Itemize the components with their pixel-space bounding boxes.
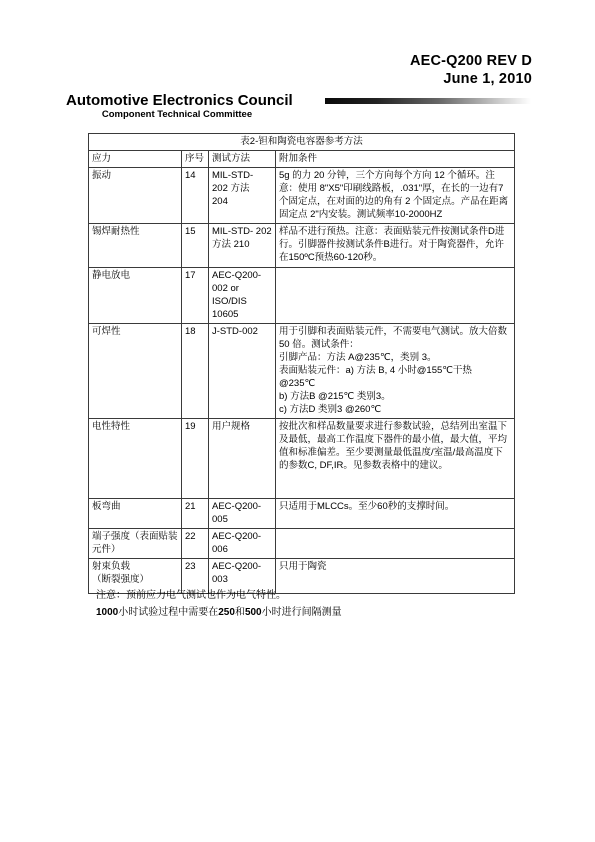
- org-name: Automotive Electronics Council: [66, 92, 293, 109]
- table-title-row: 表2-钽和陶瓷电容器参考方法: [89, 134, 515, 151]
- note2-text-c: 小时进行间隔测量: [262, 607, 342, 618]
- num-cell: 18: [182, 324, 209, 419]
- table-row: 可焊性 18 J-STD-002 用于引脚和表面贴装元件，不需要电气测试。放大倍…: [89, 324, 515, 419]
- table-row: 电性特性 19 用户规格 按批次和样品数量要求进行参数试验，总结列出室温下及最低…: [89, 419, 515, 499]
- stress-cell: 可焊性: [89, 324, 182, 419]
- num-cell: 19: [182, 419, 209, 499]
- table-row: 端子强度（表面贴装 元件） 22 AEC-Q200- 006: [89, 529, 515, 559]
- header-gradient-rule: [325, 98, 531, 104]
- conditions-cell: [276, 529, 515, 559]
- reference-methods-table: 表2-钽和陶瓷电容器参考方法 应力 序号 测试方法 附加条件 振动 14 MIL…: [88, 133, 515, 594]
- conditions-cell: 只适用于MLCCs。至少60秒的支撑时间。: [276, 499, 515, 529]
- doc-header-right: AEC-Q200 REV D June 1, 2010: [410, 52, 532, 88]
- num-cell: 15: [182, 224, 209, 268]
- stress-cell: 板弯曲: [89, 499, 182, 529]
- note2-bold-500: 500: [245, 607, 262, 618]
- col-header-stress: 应力: [89, 151, 182, 168]
- stress-cell: 锡焊耐热性: [89, 224, 182, 268]
- table-title: 表2-钽和陶瓷电容器参考方法: [89, 134, 515, 151]
- doc-id: AEC-Q200 REV D: [410, 52, 532, 70]
- method-cell: J-STD-002: [209, 324, 276, 419]
- num-cell: 22: [182, 529, 209, 559]
- stress-cell: 振动: [89, 168, 182, 224]
- stress-cell: 端子强度（表面贴装 元件）: [89, 529, 182, 559]
- col-header-conditions: 附加条件: [276, 151, 515, 168]
- col-header-method: 测试方法: [209, 151, 276, 168]
- table-row: 锡焊耐热性 15 MIL-STD- 202 方法 210 样品不进行预热。注意：…: [89, 224, 515, 268]
- table-row: 板弯曲 21 AEC-Q200- 005 只适用于MLCCs。至少60秒的支撑时…: [89, 499, 515, 529]
- conditions-cell: 用于引脚和表面贴装元件，不需要电气测试。放大倍数 50 倍。测试条件： 引脚产品…: [276, 324, 515, 419]
- note2-text-a: 小时试验过程中需要在: [118, 607, 218, 618]
- stress-cell: 静电放电: [89, 268, 182, 324]
- document-page: AEC-Q200 REV D June 1, 2010 Automotive E…: [0, 0, 595, 842]
- footnotes: 注意：预前应力电气测试也作为电气特性。 1000小时试验过程中需要在250和50…: [96, 587, 342, 621]
- method-cell: AEC-Q200- 002 or ISO/DIS 10605: [209, 268, 276, 324]
- method-cell: AEC-Q200- 006: [209, 529, 276, 559]
- conditions-cell: 按批次和样品数量要求进行参数试验，总结列出室温下及最低，最高工作温度下器件的最小…: [276, 419, 515, 499]
- num-cell: 21: [182, 499, 209, 529]
- method-cell: MIL-STD- 202 方法 204: [209, 168, 276, 224]
- conditions-cell: 样品不进行预热。注意：表面贴装元件按测试条件D进行。引脚器件按测试条件B进行。对…: [276, 224, 515, 268]
- note-line-1: 注意：预前应力电气测试也作为电气特性。: [96, 587, 342, 604]
- note2-bold-250: 250: [218, 607, 235, 618]
- note-line-2: 1000小时试验过程中需要在250和500小时进行间隔测量: [96, 604, 342, 621]
- method-cell: AEC-Q200- 005: [209, 499, 276, 529]
- col-header-num: 序号: [182, 151, 209, 168]
- table-row: 静电放电 17 AEC-Q200- 002 or ISO/DIS 10605: [89, 268, 515, 324]
- conditions-cell: [276, 268, 515, 324]
- table-row: 振动 14 MIL-STD- 202 方法 204 5g 的力 20 分钟，三个…: [89, 168, 515, 224]
- note2-bold-1000: 1000: [96, 607, 118, 618]
- stress-cell: 电性特性: [89, 419, 182, 499]
- conditions-cell: 5g 的力 20 分钟，三个方向每个方向 12 个循环。注意：使用 8"X5"印…: [276, 168, 515, 224]
- committee-name: Component Technical Committee: [66, 109, 288, 120]
- num-cell: 14: [182, 168, 209, 224]
- note2-text-b: 和: [235, 607, 245, 618]
- method-cell: 用户规格: [209, 419, 276, 499]
- method-cell: MIL-STD- 202 方法 210: [209, 224, 276, 268]
- doc-date: June 1, 2010: [410, 70, 532, 88]
- num-cell: 17: [182, 268, 209, 324]
- table-header-row: 应力 序号 测试方法 附加条件: [89, 151, 515, 168]
